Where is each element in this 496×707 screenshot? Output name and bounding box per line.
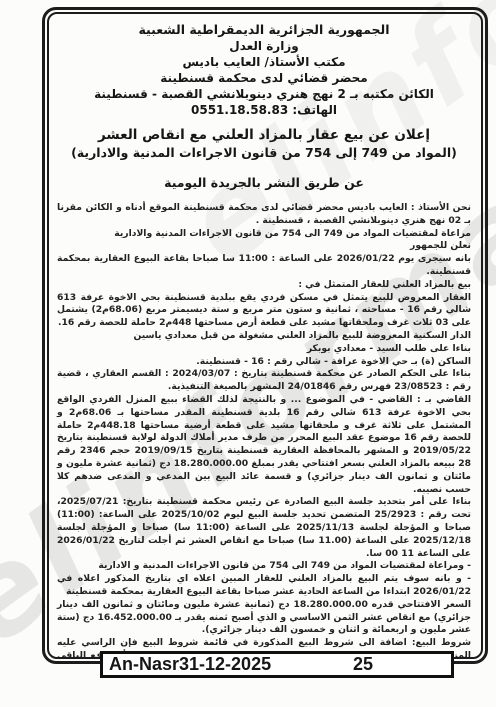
body-paragraph: مراعاة لمقتضيات المواد من 749 الى 754 من… xyxy=(57,228,471,241)
newspaper-footer-bar: An-Nasr31-12-2025 25 xyxy=(100,651,454,678)
title-publication-method: عن طريق النشر بالجريدة اليومية xyxy=(57,174,471,191)
body-paragraph: العقار المعروض للبيع يتمثل في مسكن فردي … xyxy=(57,292,471,330)
scanned-newspaper-announcement: elinforma elinforma الجمهورية الجزائرية … xyxy=(0,0,496,707)
body-paragraph: القاضي بـ : القاضي - في الموضوع ... و با… xyxy=(57,394,471,496)
body-paragraph: نحن الأستاذ : العايب باديس محضر قضائي لد… xyxy=(57,202,471,228)
body-paragraph: بناءا على أمر بتحديد جلسة البيع الصادرة … xyxy=(57,496,471,560)
header-office: مكتب الأستاذ/ العايب باديس xyxy=(57,54,471,70)
announcement-frame: الجمهورية الجزائرية الديمقراطية الشعبية … xyxy=(42,7,488,664)
newspaper-name-date: An-Nasr31-12-2025 xyxy=(109,654,271,675)
header-ministry: وزارة العدل xyxy=(57,38,471,54)
body-paragraph: السعر الافتتاحي قدره 18.280.000.00 دج (ث… xyxy=(57,599,471,637)
body-paragraph: بانه سيجرى يوم 2026/01/22 على الساعة : 1… xyxy=(57,253,471,279)
body-paragraph: بناءا على الحكم الصادر عن محكمة قسنطينة … xyxy=(57,368,471,394)
body-paragraph: بيع بالمزاد العلني للعقار المتمثل في : xyxy=(57,279,471,292)
body-paragraphs: نحن الأستاذ : العايب باديس محضر قضائي لد… xyxy=(57,202,471,659)
announcement-content: الجمهورية الجزائرية الديمقراطية الشعبية … xyxy=(47,12,483,659)
title-main: إعلان عن بيع عقار بالمزاد العلني مع انقا… xyxy=(57,126,471,144)
body-paragraph: الساكن (ة) بـ حي الاخوة عرافة - شالي رقم… xyxy=(57,356,471,369)
header-address: الكائن مكتبه بـ 2 نهج هنري دينوبلانشي ال… xyxy=(57,86,471,102)
body-paragraph: - ومراعاة لمقتضيات المواد من 749 الى 754… xyxy=(57,560,471,573)
body-paragraph: الدار السكنية المعروضة للبيع بالمزاد الع… xyxy=(57,330,471,343)
page-number: 25 xyxy=(353,654,373,675)
header-republic: الجمهورية الجزائرية الديمقراطية الشعبية xyxy=(57,22,471,38)
body-paragraph: نعلن للجمهور xyxy=(57,240,471,253)
body-paragraph: - و بانه سوف يتم البيع بالمزاد العلني لل… xyxy=(57,573,471,599)
header-phone: الهاتف: 0551.18.58.83 xyxy=(57,102,471,118)
title-legal-articles: (المواد من 749 إلى 754 من قانون الاجراءا… xyxy=(57,144,471,161)
announcement-title: إعلان عن بيع عقار بالمزاد العلني مع انقا… xyxy=(57,126,471,191)
body-paragraph: بناءا على طلب السيد - معدادي بوبكر xyxy=(57,343,471,356)
header-bailiff: محضر قضائي لدى محكمة قسنطينة xyxy=(57,70,471,86)
document-header: الجمهورية الجزائرية الديمقراطية الشعبية … xyxy=(57,22,471,118)
